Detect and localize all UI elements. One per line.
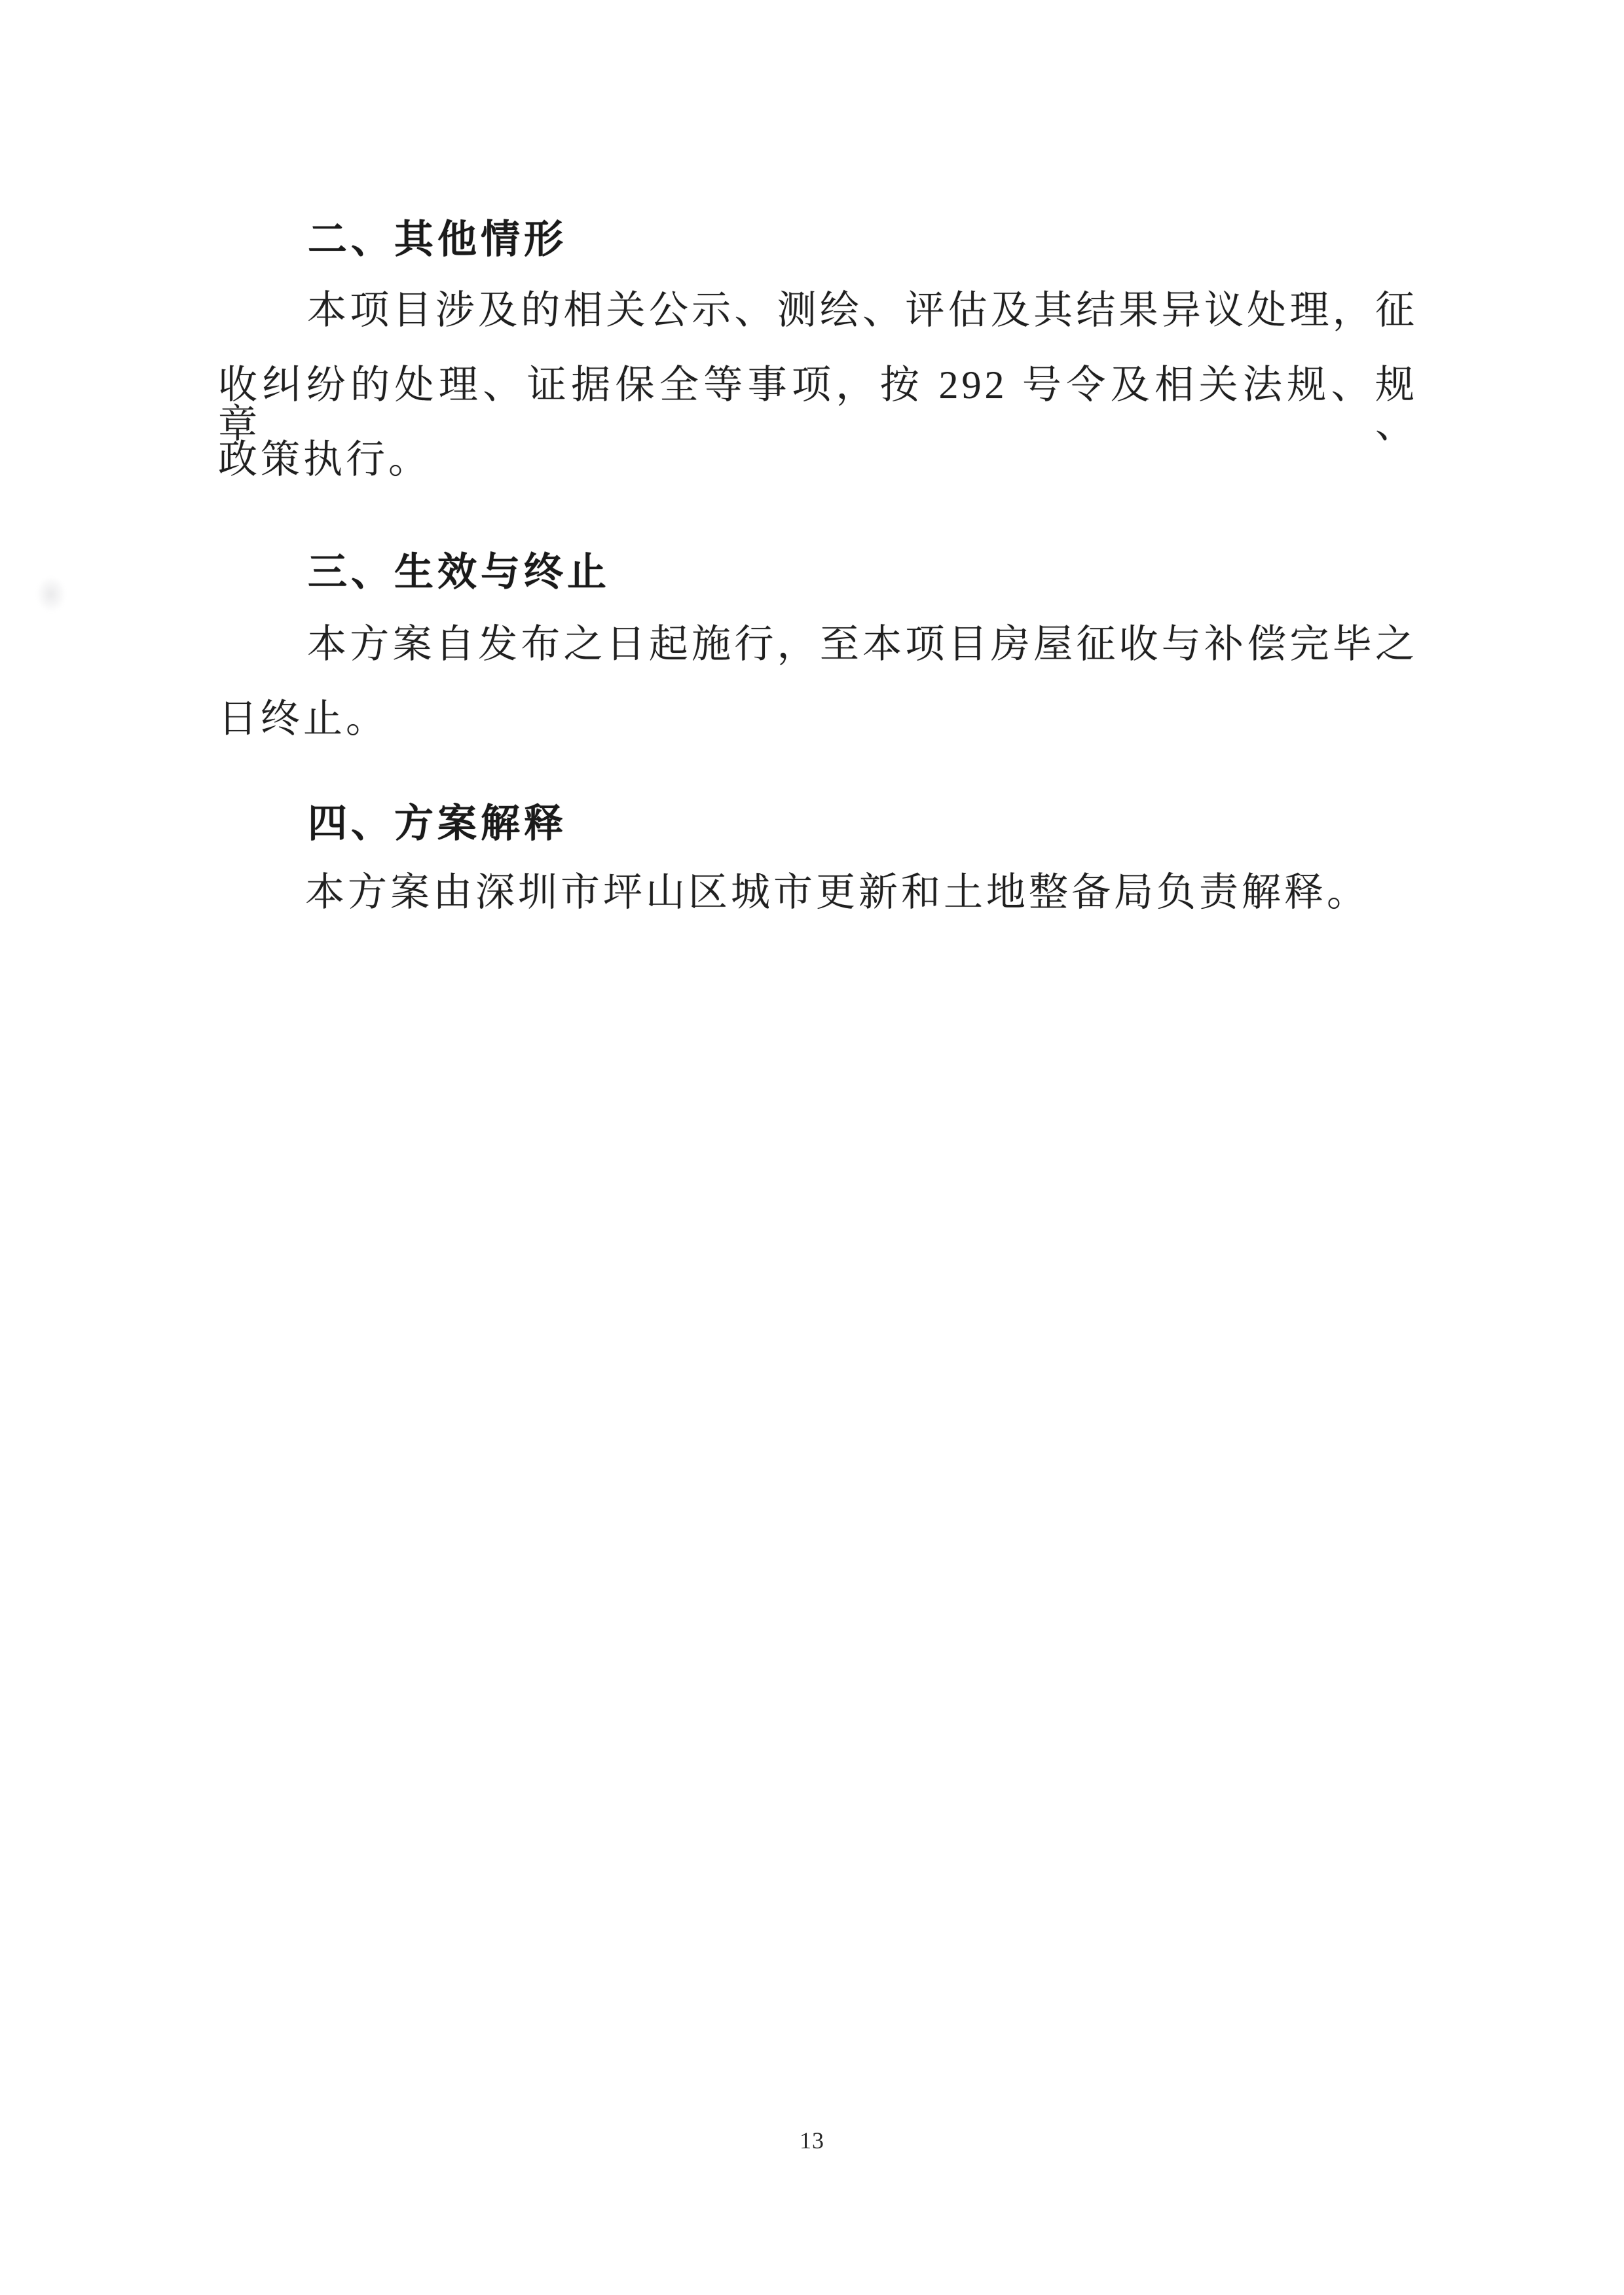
page-number: 13 [0,2128,1624,2153]
section-heading-effective-termination: 三、生效与终止 [308,553,610,592]
scan-smudge-artifact [36,576,66,612]
paragraph-line: 收纠纷的处理、证据保全等事项，按 292 号令及相关法规、规章、 [218,365,1418,444]
paragraph-line: 日终止。 [218,699,388,739]
paragraph-line: 本方案自发布之日起施行，至本项目房屋征收与补偿完毕之 [307,625,1418,664]
paragraph-line: 政策执行。 [218,440,431,479]
section-heading-plan-interpretation: 四、方案解释 [308,804,567,843]
paragraph-line: 本方案由深圳市坪山区城市更新和土地整备局负责解释。 [305,873,1369,912]
section-heading-other-situations: 二、其他情形 [308,220,567,259]
document-page: 二、其他情形 本项目涉及的相关公示、测绘、评估及其结果异议处理，征 收纠纷的处理… [0,0,1624,2295]
paragraph-line: 本项目涉及的相关公示、测绘、评估及其结果异议处理，征 [307,291,1418,330]
